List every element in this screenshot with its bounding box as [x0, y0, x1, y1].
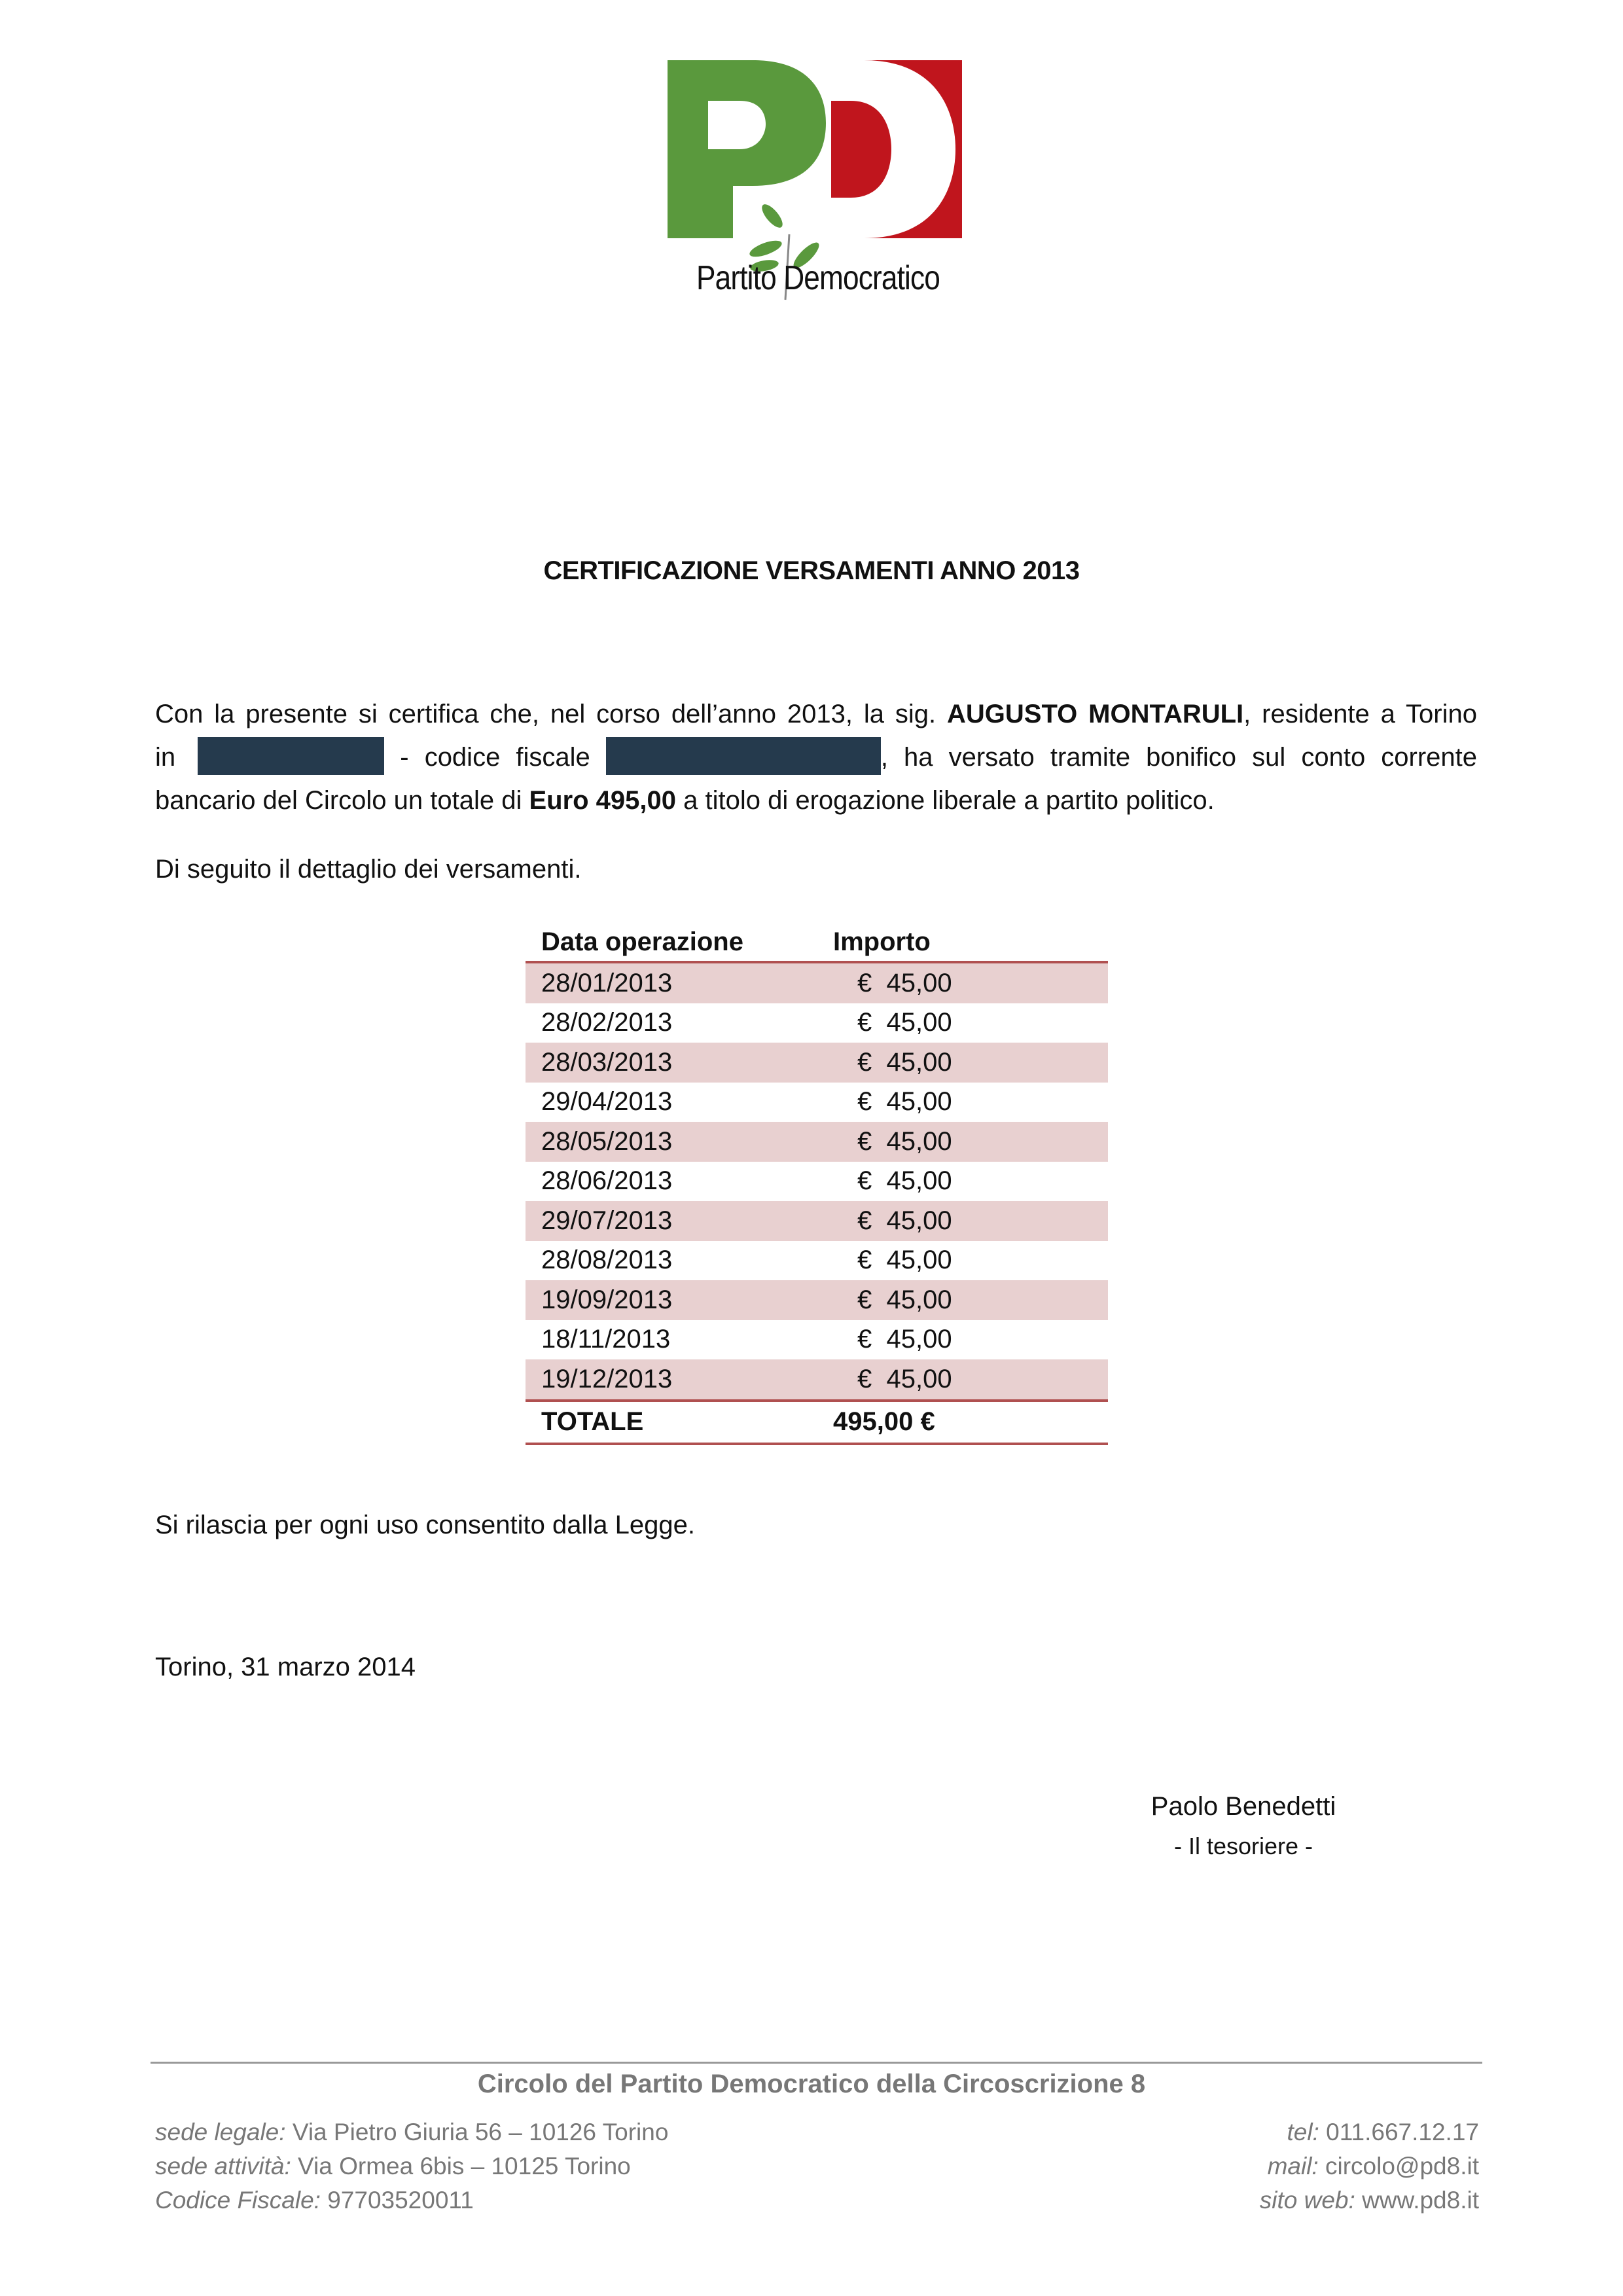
row-amount: € 45,00 [833, 1246, 952, 1275]
footer-organization: Circolo del Partito Democratico della Ci… [0, 2070, 1623, 2099]
table-row: 18/11/2013€ 45,00 [526, 1320, 1108, 1360]
header-date: Data operazione [526, 927, 833, 957]
footer-left-line: sede legale: Via Pietro Giuria 56 – 1012… [155, 2115, 668, 2149]
total-value: 495,00 € [833, 1407, 935, 1437]
table-row: 28/01/2013€ 45,00 [526, 963, 1108, 1003]
table-row: 28/02/2013€ 45,00 [526, 1003, 1108, 1043]
footer-value: Via Ormea 6bis – 10125 Torino [291, 2153, 631, 2179]
row-amount: € 45,00 [833, 1325, 952, 1354]
detail-intro: Di seguito il dettaglio dei versamenti. [155, 848, 1477, 891]
document-title: CERTIFICAZIONE VERSAMENTI ANNO 2013 [0, 556, 1623, 586]
total-amount: Euro 495,00 [529, 786, 676, 815]
footer-label: sito web: [1260, 2187, 1355, 2214]
footer-right-line: sito web: www.pd8.it [1047, 2183, 1479, 2217]
row-date: 19/12/2013 [526, 1365, 833, 1394]
table-row: 29/07/2013€ 45,00 [526, 1201, 1108, 1241]
paragraph-line-2: in - codice fiscale , ha versato tramite… [155, 736, 1477, 779]
text: - codice fiscale [384, 743, 606, 772]
table-body: 28/01/2013€ 45,0028/02/2013€ 45,0028/03/… [526, 963, 1108, 1399]
row-date: 28/06/2013 [526, 1166, 833, 1196]
row-amount: € 45,00 [833, 1285, 952, 1315]
text: in [155, 743, 191, 772]
table-row: 28/08/2013€ 45,00 [526, 1241, 1108, 1281]
footer-value: www.pd8.it [1355, 2187, 1479, 2214]
paragraph-line-3: bancario del Circolo un totale di Euro 4… [155, 779, 1477, 822]
table-row: 28/03/2013€ 45,00 [526, 1043, 1108, 1083]
row-date: 18/11/2013 [526, 1325, 833, 1354]
footer-contacts: tel: 011.667.12.17mail: circolo@pd8.itsi… [1047, 2115, 1479, 2217]
footer-left-line: Codice Fiscale: 97703520011 [155, 2183, 668, 2217]
footer-value: circolo@pd8.it [1319, 2153, 1479, 2179]
footer-left-line: sede attività: Via Ormea 6bis – 10125 To… [155, 2149, 668, 2183]
footer-divider [151, 2062, 1482, 2064]
row-date: 28/01/2013 [526, 969, 833, 998]
payments-table: Data operazione Importo 28/01/2013€ 45,0… [526, 916, 1108, 1445]
text: Con la presente si certifica che, nel co… [155, 700, 947, 728]
footer-label: tel: [1287, 2119, 1319, 2145]
signatory-role: - Il tesoriere - [1126, 1833, 1361, 1860]
footer-label: sede attività: [155, 2153, 291, 2179]
row-amount: € 45,00 [833, 1008, 952, 1037]
footer-right-line: mail: circolo@pd8.it [1047, 2149, 1479, 2183]
footer-value: 97703520011 [321, 2187, 474, 2214]
footer-label: mail: [1268, 2153, 1319, 2179]
footer-label: Codice Fiscale: [155, 2187, 321, 2214]
row-amount: € 45,00 [833, 1206, 952, 1236]
header-amount: Importo [833, 927, 931, 957]
certification-paragraph: Con la presente si certifica che, nel co… [155, 692, 1477, 822]
row-amount: € 45,00 [833, 1127, 952, 1157]
row-amount: € 45,00 [833, 969, 952, 998]
footer-label: sede legale: [155, 2119, 286, 2145]
table-row: 28/06/2013€ 45,00 [526, 1162, 1108, 1202]
redacted-address [198, 737, 384, 775]
footer-right-line: tel: 011.667.12.17 [1047, 2115, 1479, 2149]
redacted-tax-code [606, 737, 881, 775]
row-date: 28/03/2013 [526, 1048, 833, 1077]
table-row: 19/12/2013€ 45,00 [526, 1359, 1108, 1399]
row-amount: € 45,00 [833, 1048, 952, 1077]
row-date: 28/05/2013 [526, 1127, 833, 1157]
closing-statement: Si rilascia per ogni uso consentito dall… [155, 1511, 695, 1540]
row-amount: € 45,00 [833, 1166, 952, 1196]
paragraph-line-1: Con la presente si certifica che, nel co… [155, 692, 1477, 736]
row-amount: € 45,00 [833, 1087, 952, 1117]
table-row: 28/05/2013€ 45,00 [526, 1122, 1108, 1162]
table-header: Data operazione Importo [526, 916, 1108, 963]
text: a titolo di erogazione liberale a partit… [676, 786, 1215, 815]
table-total-row: TOTALE 495,00 € [526, 1399, 1108, 1445]
footer-addresses: sede legale: Via Pietro Giuria 56 – 1012… [155, 2115, 668, 2217]
donor-name: AUGUSTO MONTARULI [947, 700, 1243, 728]
text: , residente a Torino [1243, 700, 1477, 728]
row-date: 29/07/2013 [526, 1206, 833, 1236]
table-row: 29/04/2013€ 45,00 [526, 1083, 1108, 1122]
total-label: TOTALE [526, 1407, 833, 1437]
place-date: Torino, 31 marzo 2014 [155, 1653, 416, 1682]
signatory-name: Paolo Benedetti [1126, 1792, 1361, 1821]
logo-text: Partito Democratico [679, 259, 957, 298]
text: bancario del Circolo un totale di [155, 786, 529, 815]
row-date: 28/08/2013 [526, 1246, 833, 1275]
text: , ha versato tramite bonifico sul conto … [881, 743, 1477, 772]
row-date: 29/04/2013 [526, 1087, 833, 1117]
row-date: 28/02/2013 [526, 1008, 833, 1037]
footer-value: 011.667.12.17 [1319, 2119, 1479, 2145]
row-amount: € 45,00 [833, 1365, 952, 1394]
row-date: 19/09/2013 [526, 1285, 833, 1315]
footer-value: Via Pietro Giuria 56 – 10126 Torino [286, 2119, 669, 2145]
table-row: 19/09/2013€ 45,00 [526, 1280, 1108, 1320]
